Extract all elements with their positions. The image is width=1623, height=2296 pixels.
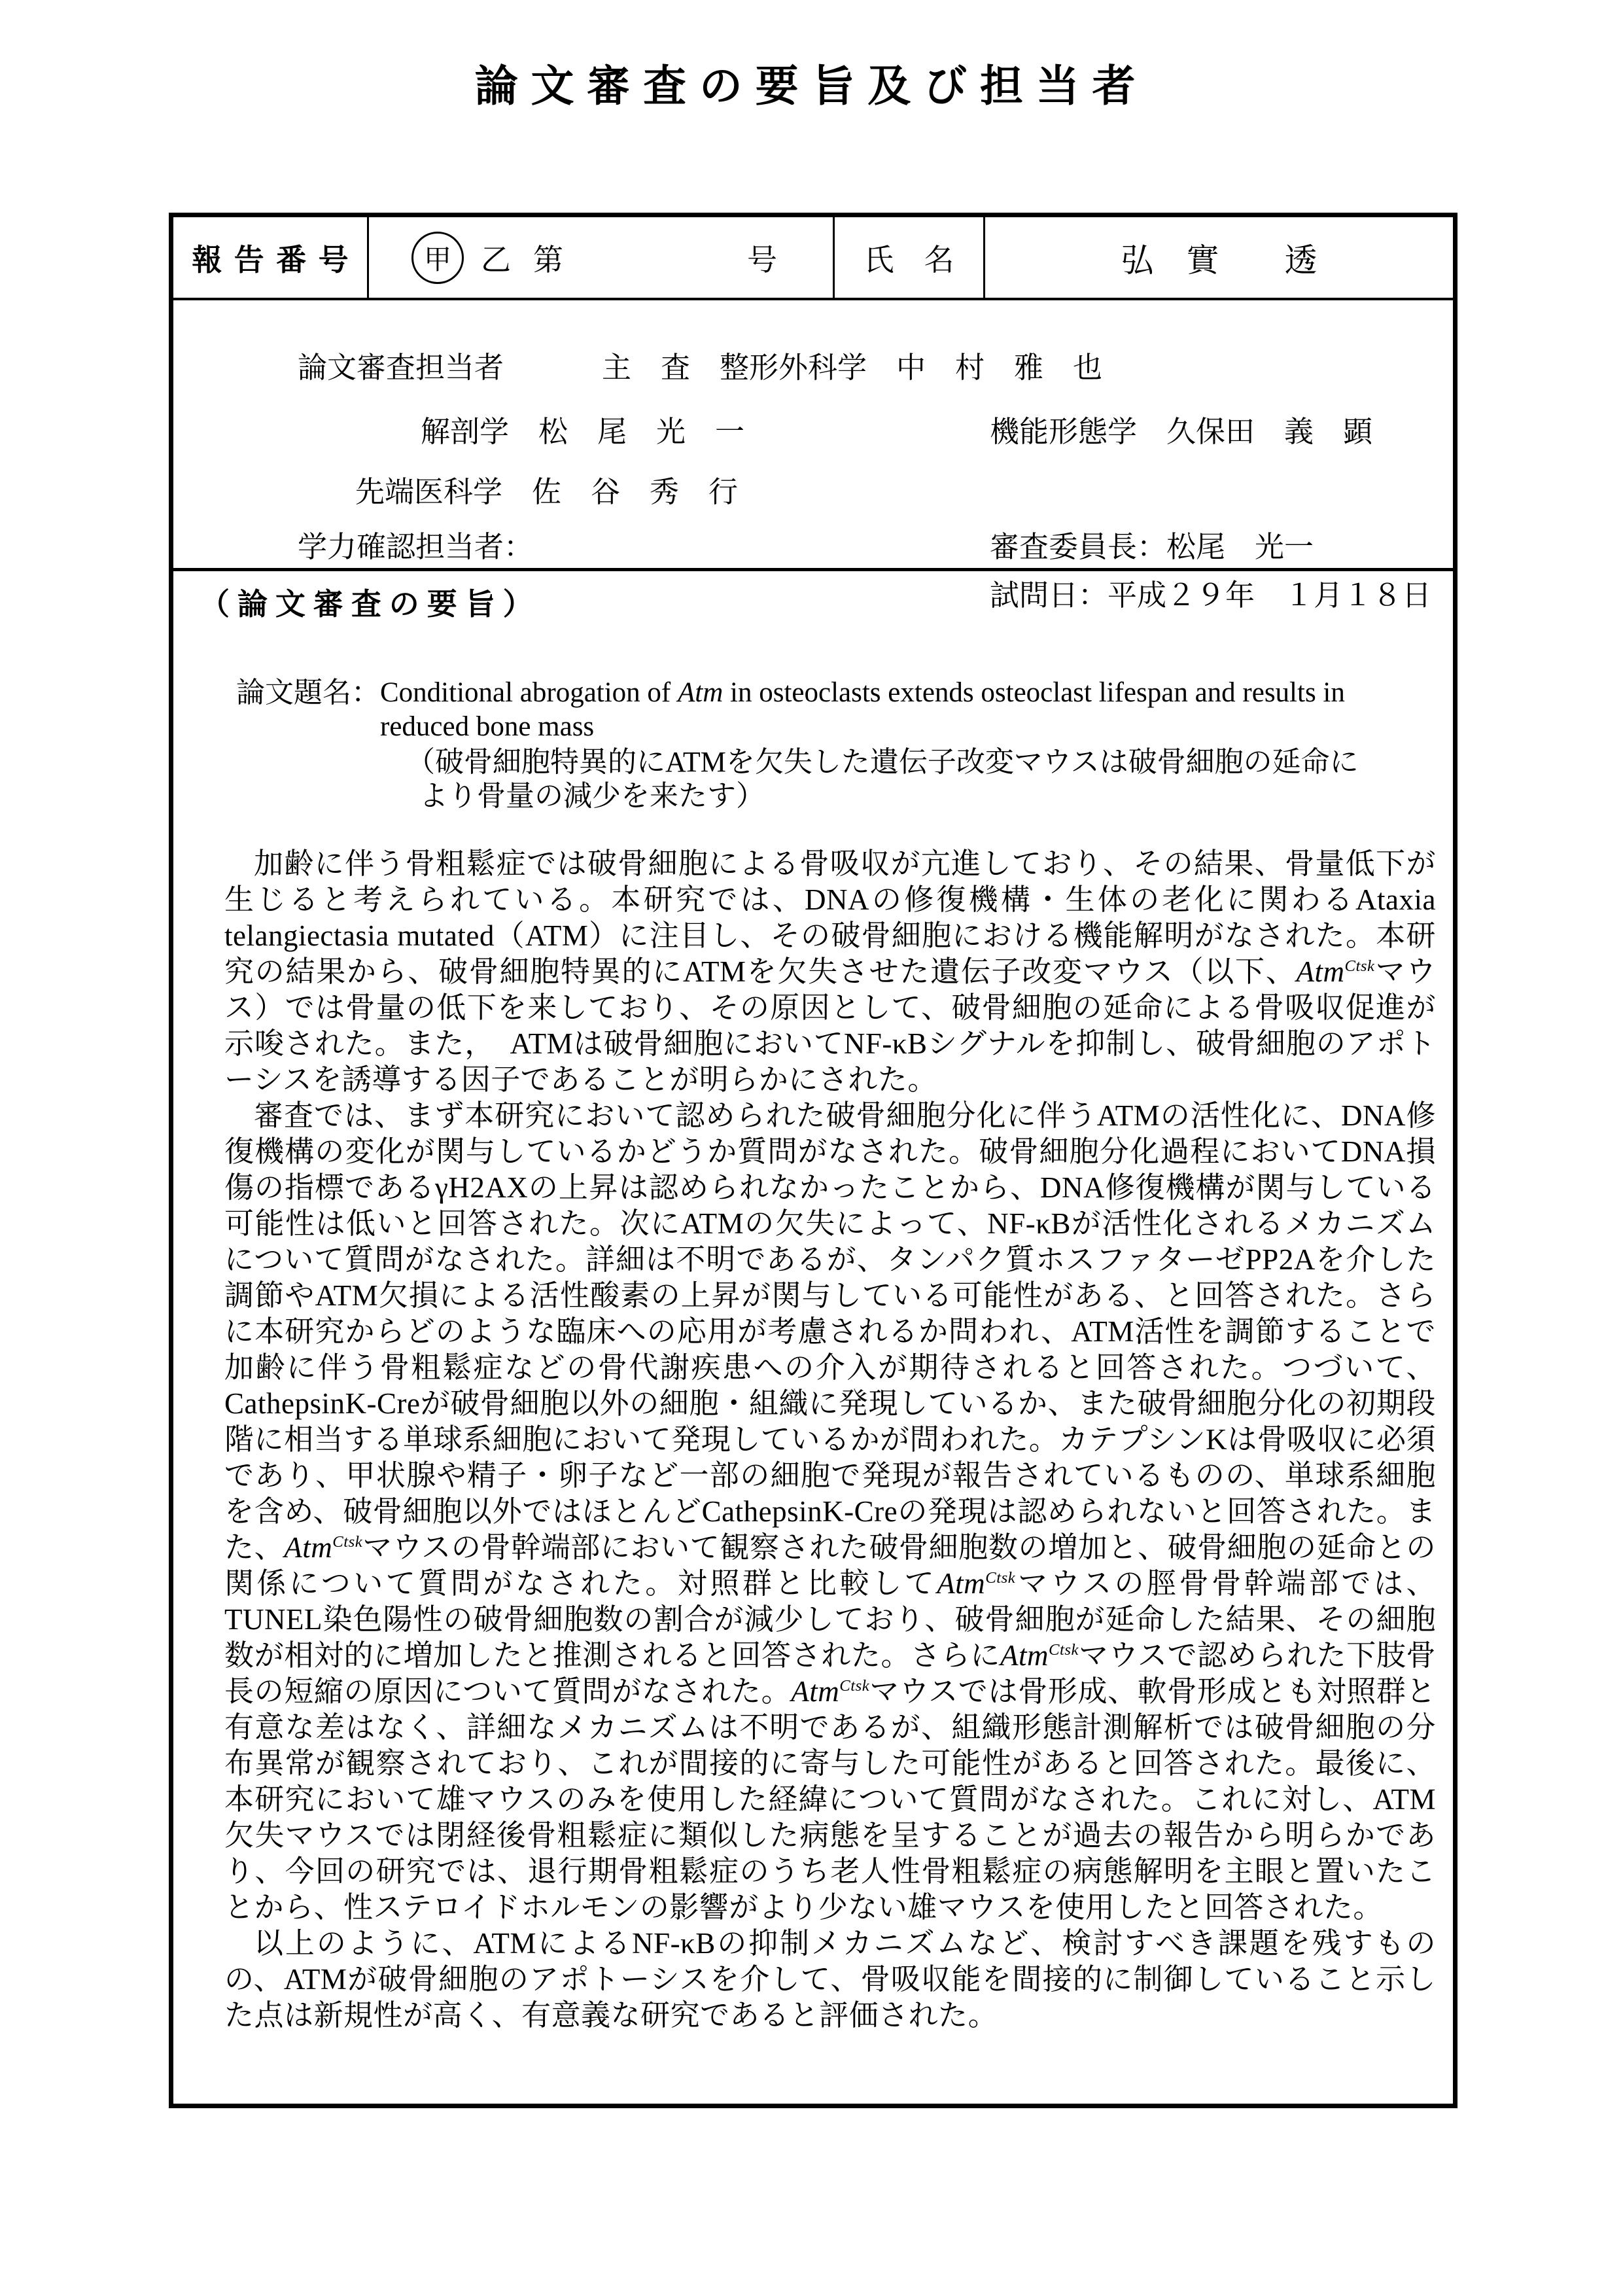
committee-section: 論文審査担当者主 査 整形外科学 中 村 雅 也 解剖学 松 尾 光 一 機能形… [173,300,1453,571]
thesis-title-content: Conditional abrogation of Atm in osteocl… [380,676,1361,813]
thesis-title-english: Conditional abrogation of Atm in osteocl… [380,676,1361,744]
otsu-label: 乙 [481,236,511,279]
name-value-cell: 弘 實 透 [985,217,1453,298]
kou-circle-mark: 甲 [411,232,464,284]
summary-section: （論文審査の要旨） 論文題名： Conditional abrogation o… [173,571,1453,2104]
morphology-examiner-line: 機能形態学 久保田 義 顕 [931,371,1372,493]
thesis-title-japanese: （破骨細胞特異的にATMを欠失した遺伝子改変マウスは破骨細胞の延命により骨量の減… [380,745,1361,813]
thesis-title-row: 論文題名： Conditional abrogation of Atm in o… [236,676,1361,813]
page-title: 論文審査の要旨及び担当者 [0,51,1623,113]
body-paragraph: 加齢に伴う骨粗鬆症では破骨細胞による骨吸収が亢進しており、その結果、骨量低下が生… [224,846,1436,1098]
report-number-row: 報告番号 甲 乙 第 号 氏 名 弘 實 透 [173,217,1453,300]
name-value: 弘 實 透 [1121,234,1318,281]
summary-body: 加齢に伴う骨粗鬆症では破骨細胞による骨吸収が亢進しており、その結果、骨量低下が生… [224,846,1436,2034]
aptitude-label: 学力確認担当者： [298,531,533,563]
gou-label: 号 [747,236,777,279]
document-page: 論文審査の要旨及び担当者 報告番号 甲 乙 第 号 氏 名 弘 實 透 論文審査… [0,0,1623,2296]
summary-heading: （論文審査の要旨） [200,580,541,624]
report-number-value-cell: 甲 乙 第 号 [369,217,835,298]
morphology-examiner: 機能形態学 久保田 義 顕 [990,415,1372,448]
thesis-title-label: 論文題名： [236,676,380,710]
kou-label: 甲 [424,238,451,277]
name-label-cell: 氏 名 [835,217,985,298]
report-number-label-cell: 報告番号 [173,217,369,298]
report-number-label: 報告番号 [192,236,360,279]
body-paragraph: 審査では、まず本研究において認められた破骨細胞分化に伴うATMの活性化に、DNA… [224,1098,1436,1926]
name-label: 氏 名 [864,236,954,279]
body-paragraph: 以上のように、ATMによるNF-κBの抑制メカニズムなど、検討すべき課題を残すも… [224,1926,1436,2034]
report-table: 報告番号 甲 乙 第 号 氏 名 弘 實 透 論文審査担当者主 査 整形外科学 … [169,213,1457,2108]
dai-label: 第 [533,236,563,279]
